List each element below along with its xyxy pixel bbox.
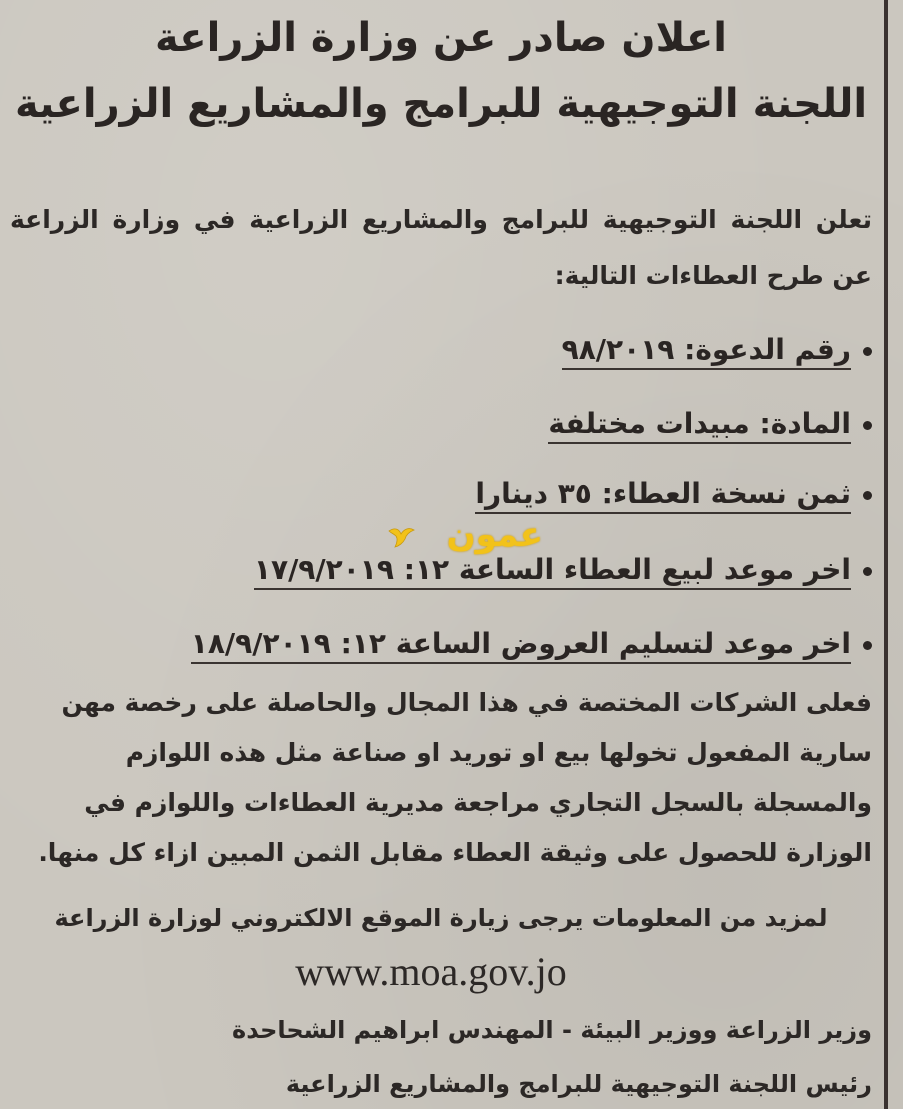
more-info-text: لمزيد من المعلومات يرجى زيارة الموقع الا… (10, 898, 872, 938)
bird-logo-icon (387, 525, 415, 549)
intro-paragraph: تعلن اللجنة التوجيهية للبرامج والمشاريع … (10, 192, 872, 304)
bullet-submission-deadline: اخر موعد لتسليم العروض الساعة ١٢: ١٨/٩/٢… (191, 624, 872, 664)
bullet-tender-price: ثمن نسخة العطاء: ٣٥ دينارا (475, 474, 872, 514)
signature-minister: وزير الزراعة ووزير البيئة - المهندس ابرا… (232, 1010, 872, 1050)
bullet-sale-deadline: اخر موعد لبيع العطاء الساعة ١٢: ١٧/٩/٢٠١… (254, 550, 872, 590)
header-title: اعلان صادر عن وزارة الزراعة (10, 14, 872, 62)
website-link[interactable]: www.moa.gov.jo (0, 948, 862, 996)
body-line-4: الوزارة للحصول على وثيقة العطاء مقابل ال… (10, 828, 872, 878)
body-line-1: فعلى الشركات المختصة في هذا المجال والحا… (10, 678, 872, 728)
bullet-invitation-number: رقم الدعوة: ٩٨/٢٠١٩ (562, 330, 872, 370)
bullet-icon (863, 641, 872, 650)
bullet-material: المادة: مبيدات مختلفة (548, 404, 872, 444)
ammon-watermark: عمون (375, 515, 555, 585)
bullet-icon (863, 567, 872, 576)
body-line-3: والمسجلة بالسجل التجاري مراجعة مديرية ال… (10, 778, 872, 828)
body-line-2: سارية المفعول تخولها بيع او توريد او صنا… (10, 728, 872, 778)
bullet-icon (863, 491, 872, 500)
bullet-icon (863, 421, 872, 430)
header-subtitle: اللجنة التوجيهية للبرامج والمشاريع الزرا… (10, 80, 872, 128)
signature-committee-chair: رئيس اللجنة التوجيهية للبرامج والمشاريع … (286, 1064, 872, 1104)
watermark-text: عمون (447, 515, 543, 555)
bullet-icon (863, 347, 872, 356)
column-divider (884, 0, 888, 1109)
